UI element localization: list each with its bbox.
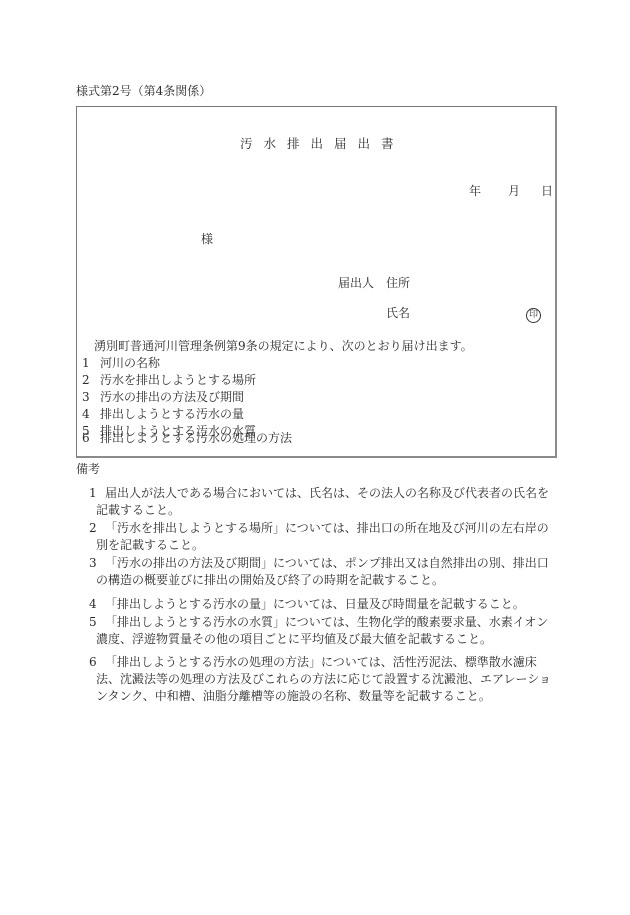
list-item: 1 河川の名称 <box>82 356 90 370</box>
date-year: 年 <box>469 184 481 198</box>
note-text: 「排出しようとする汚水の量」については、日量及び時間量を記載すること。 <box>105 597 525 611</box>
note-text: 濃度、浮遊物質量その他の項目ごとに平均値及び最大値を記載すること。 <box>96 632 492 646</box>
item-number: 2 <box>82 373 90 387</box>
item-number: 6 <box>82 431 90 445</box>
form-title: 汚水排出届出書 <box>240 137 405 151</box>
date-month: 月 <box>508 184 520 198</box>
seal-mark: 印 <box>526 306 541 323</box>
note-text: 「汚水の排出の方法及び期間」については、ポンプ排出又は自然排出の別、排出口 <box>105 556 549 570</box>
list-item: 6 排出しようとする汚水の処理の方法 <box>82 431 90 445</box>
item-number: 4 <box>82 407 90 421</box>
date-day: 日 <box>541 184 553 198</box>
note-text: 記載すること。 <box>96 503 180 517</box>
note-text: 法、沈澱法等の処理の方法及びこれらの方法に応じて設置する沈澱池、エアレーショ <box>96 672 551 686</box>
note-number: 4 <box>89 597 97 611</box>
note-number: 2 <box>89 521 97 535</box>
list-item: 2 汚水を排出しようとする場所 <box>82 373 90 387</box>
note-text: 「汚水を排出しようとする場所」については、排出口の所在地及び河川の左右岸の <box>105 521 549 535</box>
name-label: 氏名 <box>386 306 410 320</box>
item-text: 排出しようとする汚水の量 <box>100 407 244 421</box>
note-text: 「排出しようとする汚水の水質」については、生物化学的酸素要求量、水素イオン <box>105 615 548 629</box>
item-number: 3 <box>82 390 90 404</box>
note-number: 5 <box>89 615 97 629</box>
seal-icon: 印 <box>526 308 541 323</box>
note-text: 別を記載すること。 <box>96 538 204 552</box>
list-item: 4 排出しようとする汚水の量 <box>82 407 90 421</box>
note-number: 6 <box>89 655 97 669</box>
note-text: 届出人が法人である場合においては、氏名は、その法人の名称及び代表者の氏名を <box>105 486 549 500</box>
note-text: ンタンク、中和槽、油脂分離槽等の施設の名称、数量等を記載すること。 <box>96 689 491 703</box>
intro-text: 湧別町普通河川管理条例第9条の規定により、次のとおり届け出ます。 <box>94 339 473 353</box>
note-text: 「排出しようとする汚水の処理の方法」については、活性汚泥法、標準散水濾床 <box>105 655 537 669</box>
item-text: 汚水を排出しようとする場所 <box>100 373 256 387</box>
addressee-suffix: 様 <box>201 232 213 246</box>
list-item: 3 汚水の排出の方法及び期間 <box>82 390 90 404</box>
form-box <box>76 106 557 458</box>
item-text: 排出しようとする汚水の処理の方法 <box>100 431 292 445</box>
note-text: の構造の概要並びに排出の開始及び終了の時期を記載すること。 <box>96 573 444 587</box>
item-number: 1 <box>82 356 90 370</box>
note-number: 3 <box>89 556 97 570</box>
address-label: 住所 <box>386 276 410 290</box>
note-number: 1 <box>89 486 97 500</box>
form-id-label: 様式第2号（第4条関係） <box>76 84 211 98</box>
notes-heading: 備考 <box>76 462 100 476</box>
item-text: 汚水の排出の方法及び期間 <box>100 390 244 404</box>
applicant-label: 届出人 <box>338 276 374 290</box>
item-text: 河川の名称 <box>100 356 160 370</box>
